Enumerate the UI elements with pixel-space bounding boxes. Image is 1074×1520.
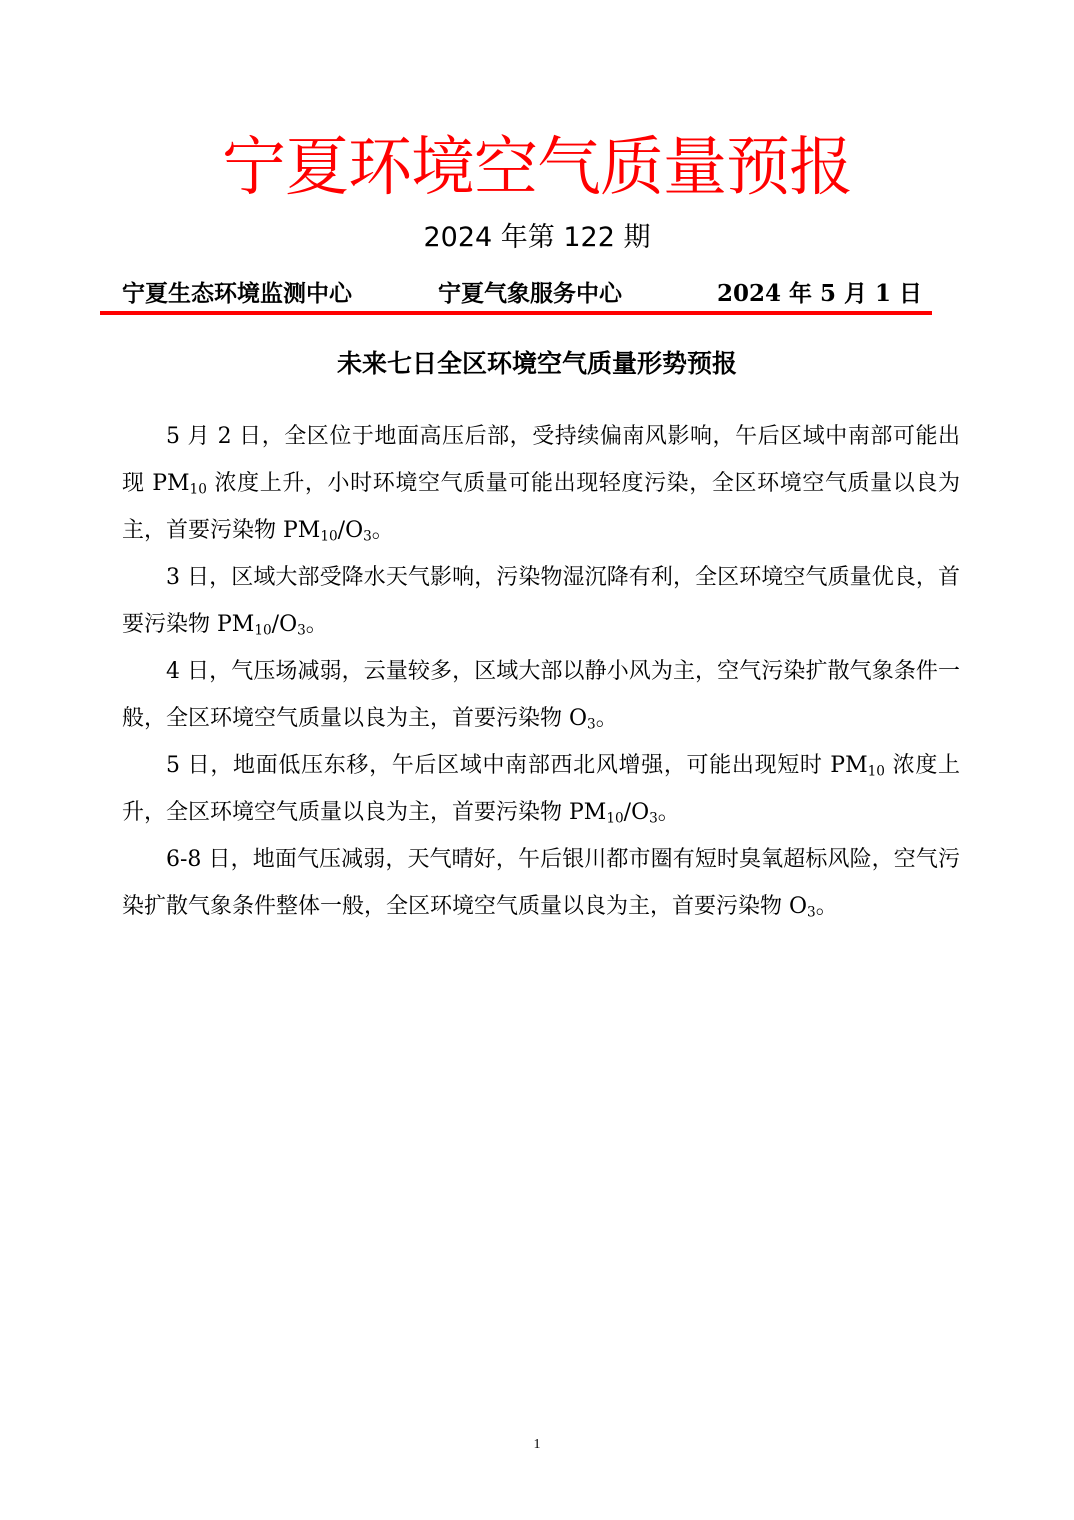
issuer-meteorological-center: 宁夏气象服务中心 — [438, 276, 622, 312]
issuer-monitoring-center: 宁夏生态环境监测中心 — [122, 276, 352, 312]
document-title: 宁夏环境空气质量预报 — [0, 128, 1074, 208]
forecast-paragraph: 5 日，地面低压东移，午后区域中南部西北风增强，可能出现短时 PM10 浓度上升… — [122, 742, 960, 836]
subscript: 3 — [363, 528, 372, 544]
forecast-paragraph: 4 日，气压场减弱，云量较多，区域大部以静小风为主，空气污染扩散气象条件一般，全… — [122, 648, 960, 742]
forecast-body: 5 月 2 日，全区位于地面高压后部，受持续偏南风影响，午后区域中南部可能出现 … — [122, 413, 960, 930]
issue-date: 2024 年 5 月 1 日 — [717, 276, 922, 312]
subscript: 10 — [606, 810, 623, 826]
forecast-paragraph: 5 月 2 日，全区位于地面高压后部，受持续偏南风影响，午后区域中南部可能出现 … — [122, 413, 960, 554]
forecast-paragraph: 3 日，区域大部受降水天气影响，污染物湿沉降有利，全区环境空气质量优良，首要污染… — [122, 554, 960, 648]
subscript: 3 — [587, 716, 596, 732]
subscript: 3 — [807, 904, 816, 920]
subscript: 3 — [649, 810, 658, 826]
subscript: 3 — [297, 622, 306, 638]
issuer-line: 宁夏生态环境监测中心 宁夏气象服务中心 2024 年 5 月 1 日 — [122, 276, 932, 312]
red-divider-rule — [100, 311, 932, 315]
subscript: 10 — [254, 622, 271, 638]
forecast-paragraph: 6-8 日，地面气压减弱，天气晴好，午后银川都市圈有短时臭氧超标风险，空气污染扩… — [122, 836, 960, 930]
subscript: 10 — [868, 763, 885, 779]
page-number: 1 — [0, 1437, 1074, 1453]
issue-number: 2024 年第 122 期 — [0, 218, 1074, 258]
subscript: 10 — [190, 481, 207, 497]
section-heading: 未来七日全区环境空气质量形势预报 — [0, 344, 1074, 384]
subscript: 10 — [320, 528, 337, 544]
